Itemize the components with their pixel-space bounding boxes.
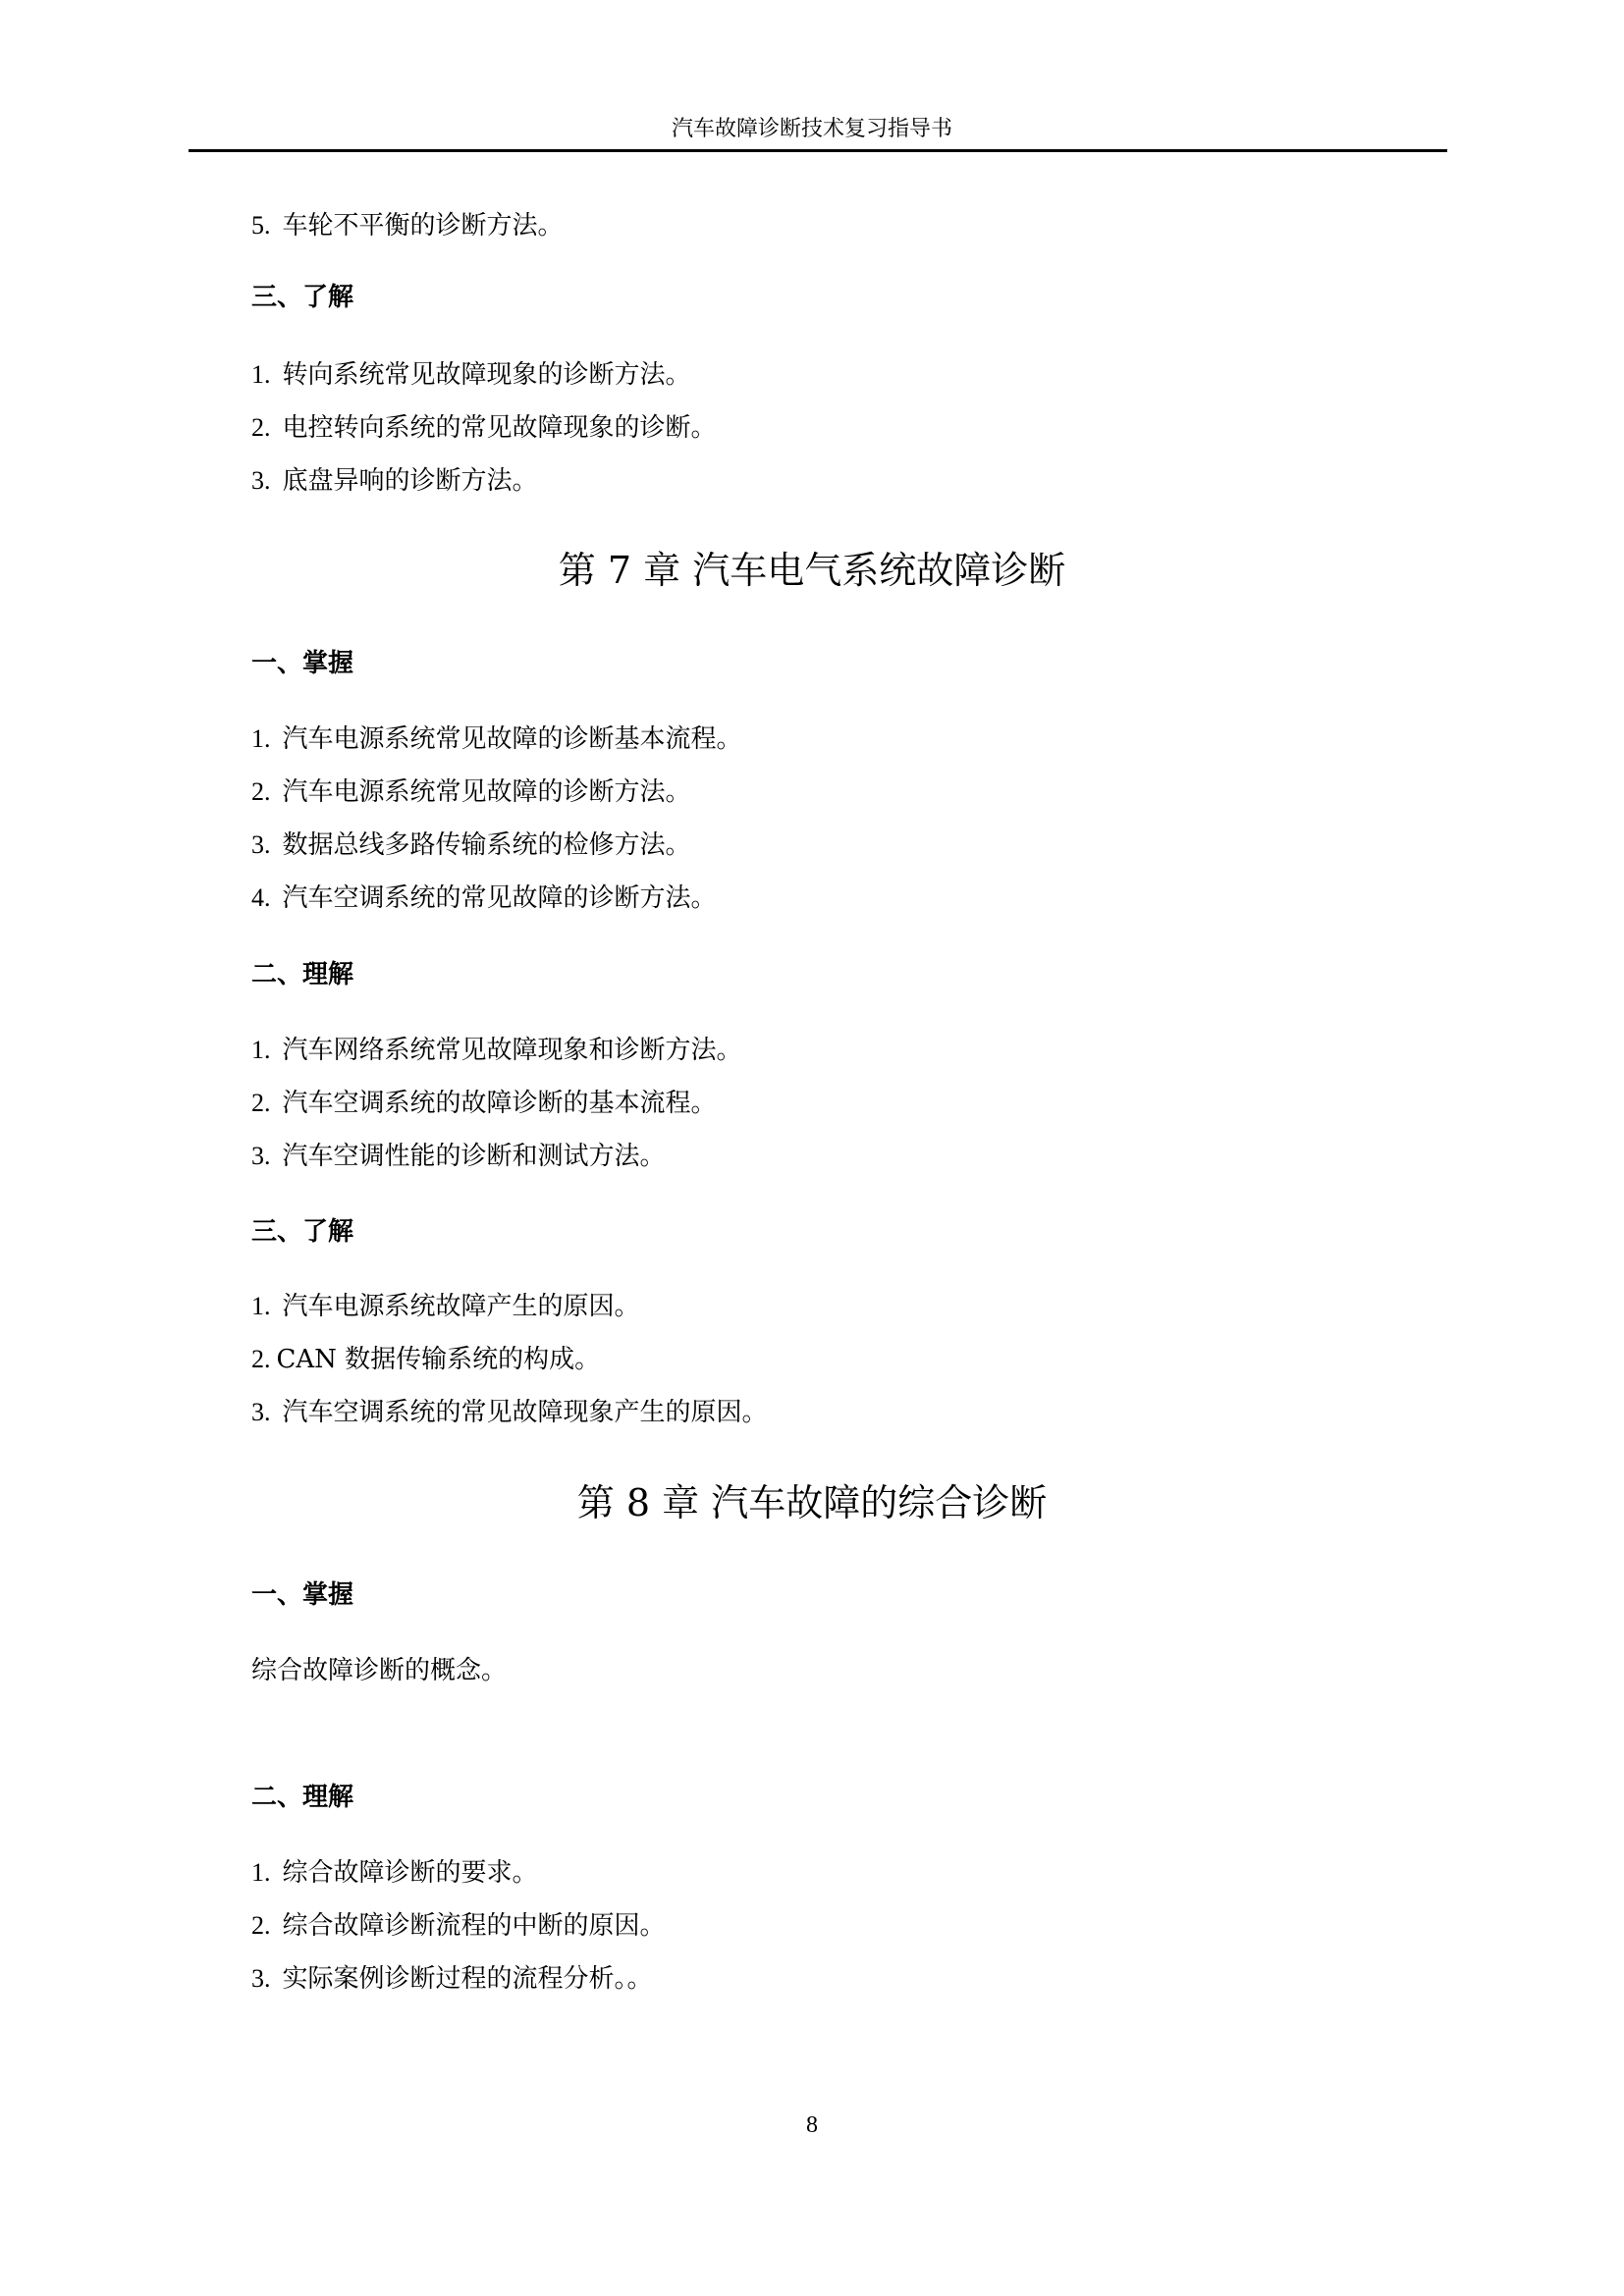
- list-item-text: 电控转向系统的常见故障现象的诊断。: [283, 413, 717, 443]
- chapter-7-title: 第 7 章 汽车电气系统故障诊断: [0, 547, 1624, 594]
- list-item: 1.综合故障诊断的要求。: [251, 1855, 538, 1891]
- list-item: 2.汽车电源系统常见故障的诊断方法。: [251, 774, 691, 810]
- list-item-number: 2.: [251, 410, 271, 446]
- list-item-text: 汽车空调系统的常见故障的诊断方法。: [283, 883, 717, 913]
- list-item-text: 实际案例诊断过程的流程分析。。: [283, 1964, 653, 1994]
- list-item-number: 3.: [251, 1395, 271, 1430]
- list-item: 3.实际案例诊断过程的流程分析。。: [251, 1961, 653, 1997]
- list-item-number: 5.: [251, 208, 271, 243]
- list-item: 3.数据总线多路传输系统的检修方法。: [251, 828, 691, 863]
- list-item-number: 4.: [251, 881, 271, 916]
- list-item-number: 3.: [251, 1961, 271, 1997]
- list-item-text: 车轮不平衡的诊断方法。: [283, 211, 564, 240]
- list-item: 5.车轮不平衡的诊断方法。: [251, 208, 564, 243]
- paragraph: 综合故障诊断的概念。: [251, 1653, 507, 1688]
- list-item: 3.底盘异响的诊断方法。: [251, 463, 538, 499]
- list-item: 2.CAN 数据传输系统的构成。: [251, 1342, 600, 1377]
- list-item-number: 3.: [251, 1139, 271, 1174]
- list-item-text: 综合故障诊断流程的中断的原因。: [283, 1911, 666, 1941]
- list-item-number: 2.: [251, 774, 271, 810]
- list-item: 2.汽车空调系统的故障诊断的基本流程。: [251, 1086, 717, 1121]
- list-item-number: 1.: [251, 721, 271, 757]
- list-item-text: 汽车空调系统的常见故障现象产生的原因。: [283, 1398, 768, 1427]
- list-item-text: 汽车电源系统常见故障的诊断基本流程。: [283, 724, 742, 754]
- list-item-text: 转向系统常见故障现象的诊断方法。: [283, 360, 691, 390]
- section-heading: 三、了解: [251, 1214, 353, 1250]
- list-item-number: 3.: [251, 828, 271, 863]
- list-item: 1.转向系统常见故障现象的诊断方法。: [251, 357, 691, 393]
- section-heading: 二、理解: [251, 1780, 353, 1815]
- chapter-8-title: 第 8 章 汽车故障的综合诊断: [0, 1479, 1624, 1526]
- list-item-number: 1.: [251, 1033, 271, 1068]
- list-item-number: 1.: [251, 357, 271, 393]
- list-item: 1.汽车电源系统常见故障的诊断基本流程。: [251, 721, 742, 757]
- list-item: 2.综合故障诊断流程的中断的原因。: [251, 1908, 666, 1944]
- list-item-text: CAN 数据传输系统的构成。: [277, 1345, 601, 1374]
- list-item: 4.汽车空调系统的常见故障的诊断方法。: [251, 881, 717, 916]
- list-item-text: 底盘异响的诊断方法。: [283, 466, 538, 496]
- list-item: 2.电控转向系统的常见故障现象的诊断。: [251, 410, 717, 446]
- section-heading: 二、理解: [251, 957, 353, 992]
- list-item-number: 2.: [251, 1342, 271, 1377]
- list-item-text: 汽车空调性能的诊断和测试方法。: [283, 1142, 666, 1171]
- section-heading: 三、了解: [251, 280, 353, 315]
- list-item-number: 3.: [251, 463, 271, 499]
- section-heading: 一、掌握: [251, 646, 353, 681]
- page-number: 8: [0, 2110, 1624, 2140]
- list-item: 1.汽车电源系统故障产生的原因。: [251, 1289, 640, 1324]
- list-item-number: 1.: [251, 1855, 271, 1891]
- list-item-number: 1.: [251, 1289, 271, 1324]
- list-item: 1.汽车网络系统常见故障现象和诊断方法。: [251, 1033, 742, 1068]
- header-divider: [189, 149, 1447, 152]
- list-item: 3.汽车空调系统的常见故障现象产生的原因。: [251, 1395, 768, 1430]
- list-item-text: 汽车网络系统常见故障现象和诊断方法。: [283, 1036, 742, 1065]
- list-item-text: 数据总线多路传输系统的检修方法。: [283, 830, 691, 860]
- section-heading: 一、掌握: [251, 1577, 353, 1613]
- list-item-text: 汽车电源系统故障产生的原因。: [283, 1292, 640, 1321]
- list-item-text: 汽车空调系统的故障诊断的基本流程。: [283, 1089, 717, 1118]
- running-header-title: 汽车故障诊断技术复习指导书: [0, 115, 1624, 144]
- list-item-text: 汽车电源系统常见故障的诊断方法。: [283, 777, 691, 807]
- list-item-text: 综合故障诊断的要求。: [283, 1858, 538, 1888]
- list-item-number: 2.: [251, 1086, 271, 1121]
- list-item-number: 2.: [251, 1908, 271, 1944]
- list-item: 3.汽车空调性能的诊断和测试方法。: [251, 1139, 666, 1174]
